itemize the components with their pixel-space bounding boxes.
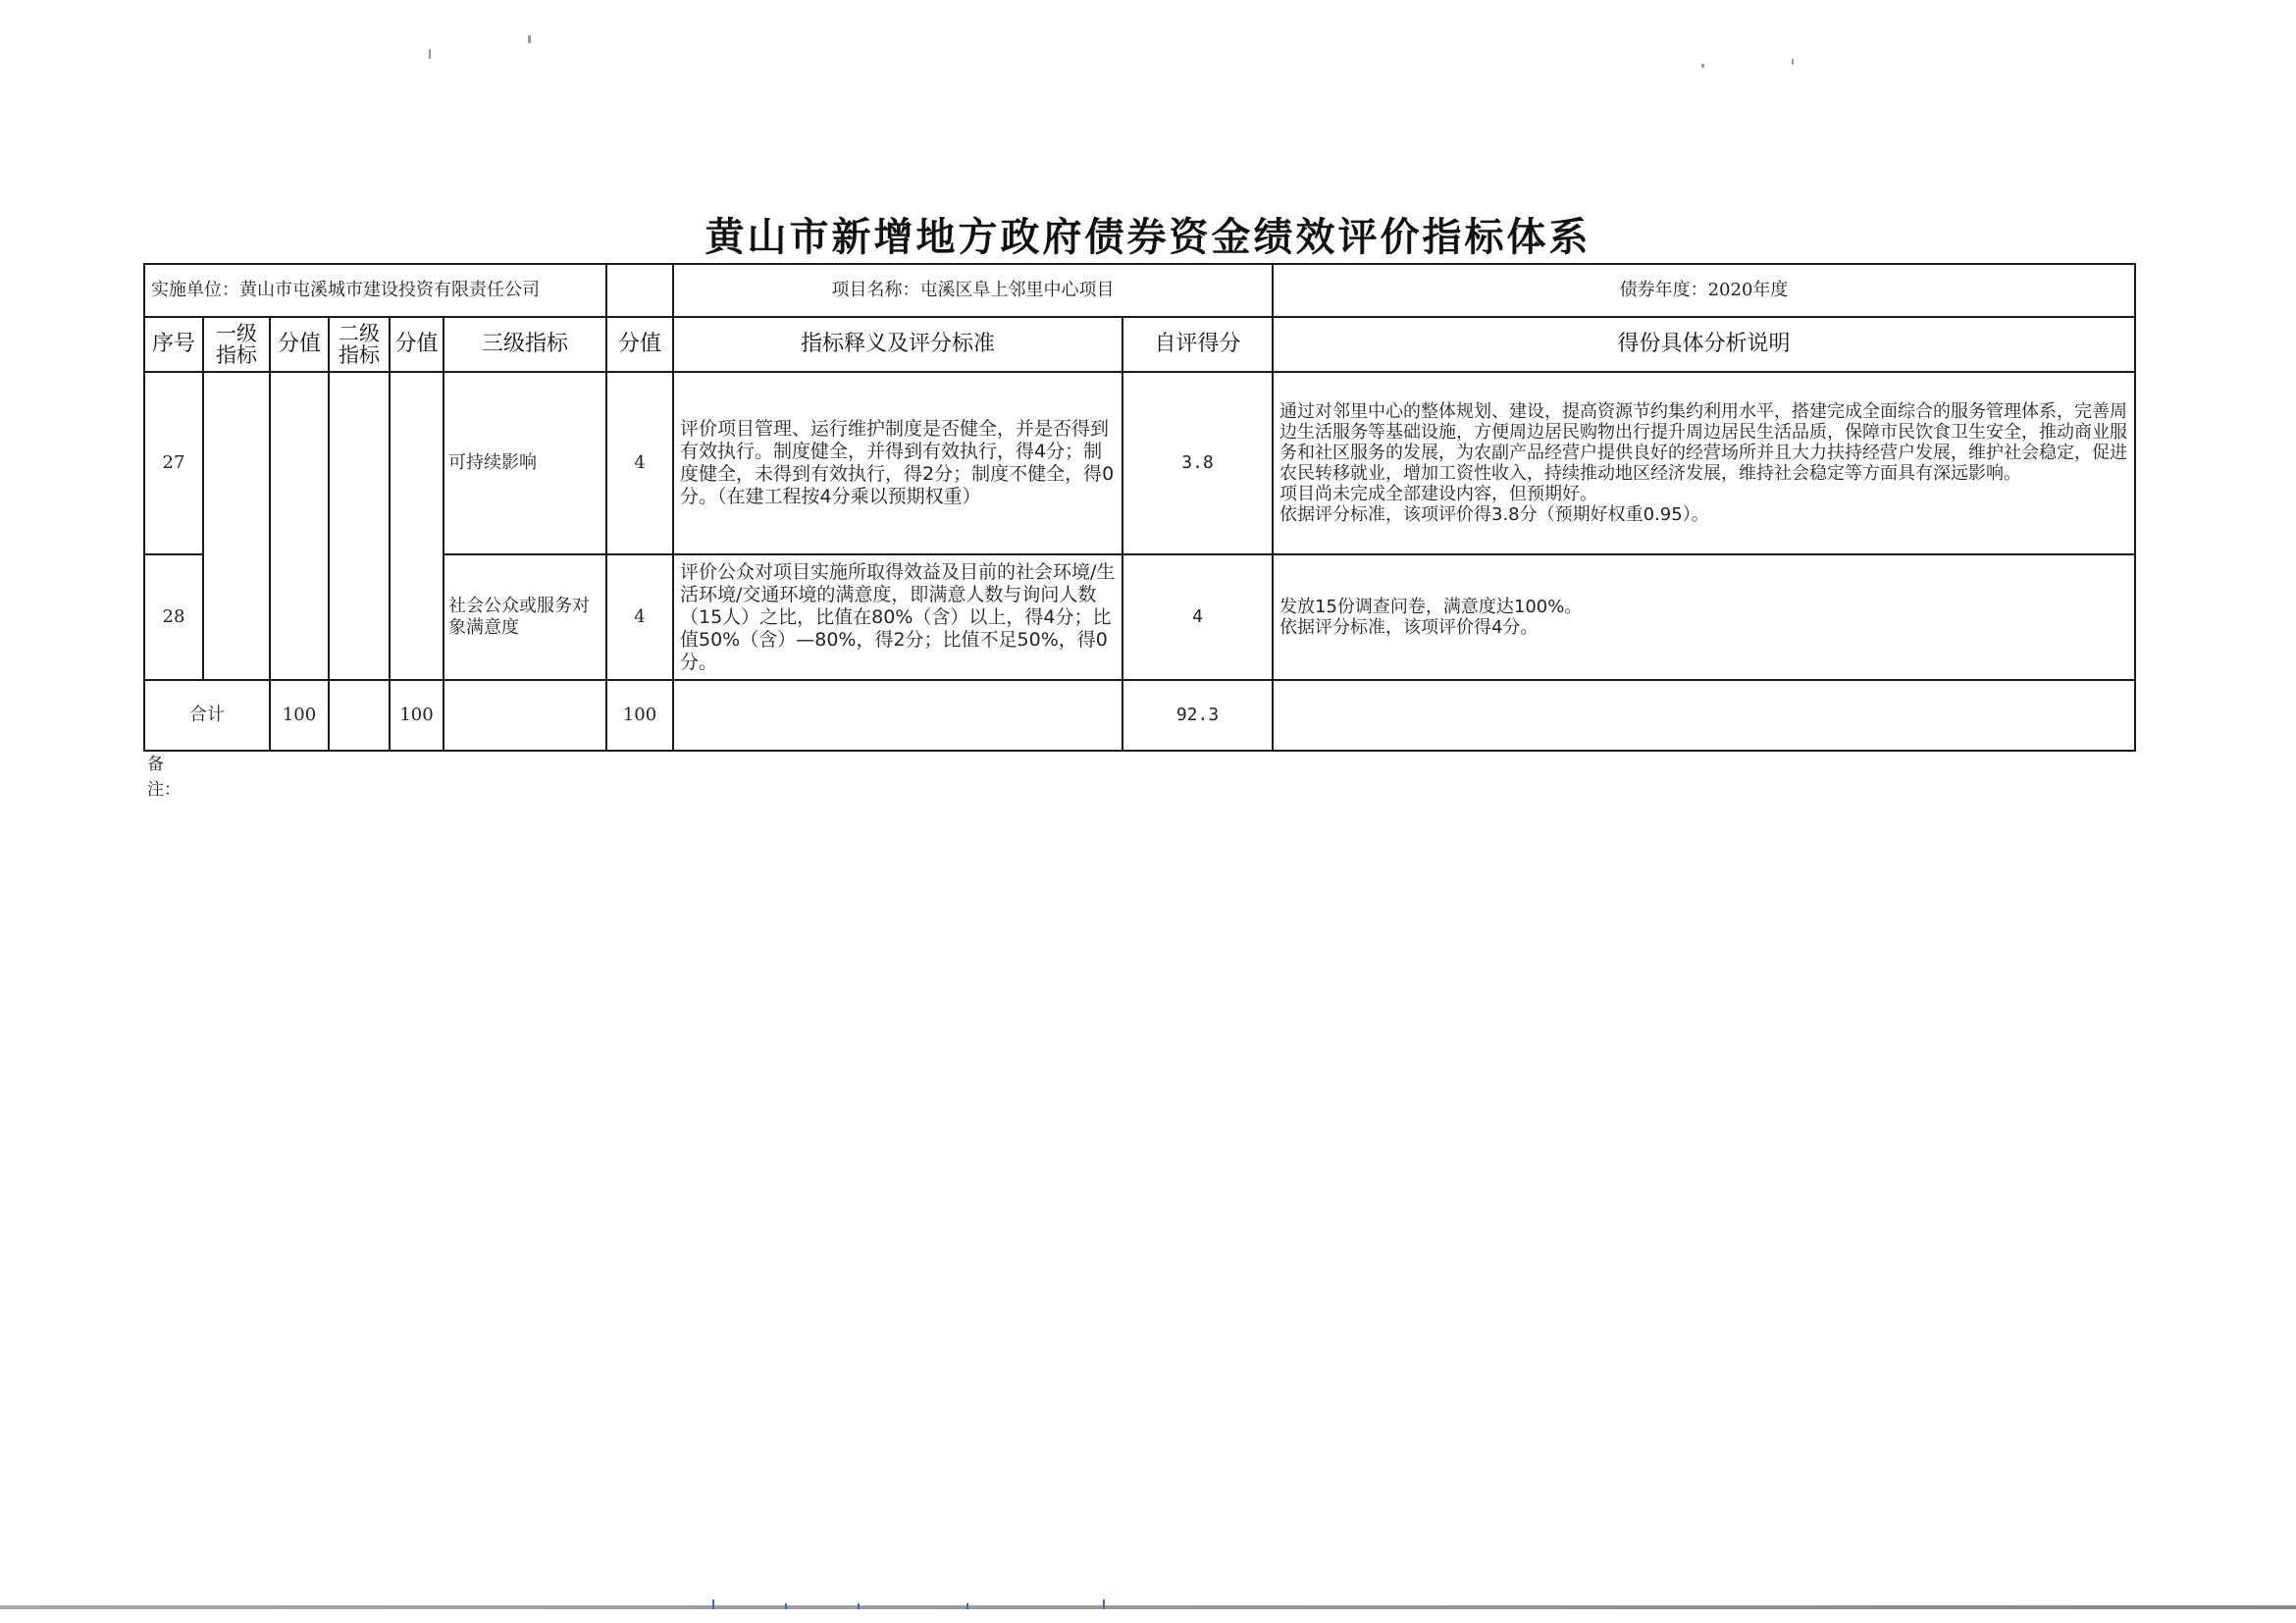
row-seq: 27 xyxy=(144,372,203,554)
scan-speck xyxy=(785,1603,787,1609)
total-self-score: 92.3 xyxy=(1122,680,1273,751)
row-level3: 可持续影响 xyxy=(444,372,606,554)
total-criteria-empty xyxy=(673,680,1122,751)
row-level2-merged xyxy=(329,372,390,680)
remark-label: 备注： xyxy=(147,752,177,803)
header-level3: 三级指标 xyxy=(444,317,606,372)
header-criteria: 指标释义及评分标准 xyxy=(673,317,1122,372)
row-score1-merged xyxy=(270,372,329,680)
table-row: 27 可持续影响 4 评价项目管理、运行维护制度是否健全，并是否得到有效执行。制… xyxy=(144,372,2135,554)
scan-speck xyxy=(1792,59,1794,65)
header-level2-line1: 二级 xyxy=(330,323,389,344)
header-level1: 一级 指标 xyxy=(203,317,270,372)
analysis-line: 通过对邻里中心的整体规划、建设，提高资源节约集约利用水平，搭建完成全面综合的服务… xyxy=(1279,401,2128,484)
total-row: 合计 100 100 100 92.3 xyxy=(144,680,2135,751)
total-label: 合计 xyxy=(144,680,270,751)
implementing-unit: 实施单位：黄山市屯溪城市建设投资有限责任公司 xyxy=(144,264,606,317)
total-score1: 100 xyxy=(270,680,329,751)
evaluation-table: 实施单位：黄山市屯溪城市建设投资有限责任公司 项目名称：屯溪区阜上邻里中心项目 … xyxy=(143,263,2136,752)
scan-speck xyxy=(429,49,431,59)
page-title: 黄山市新增地方政府债券资金绩效评价指标体系 xyxy=(0,206,2296,262)
analysis-line: 发放15份调查问卷，满意度达100%。 xyxy=(1279,597,2128,617)
header-score2: 分值 xyxy=(390,317,444,372)
header-self-score: 自评得分 xyxy=(1122,317,1273,372)
row-criteria: 评价项目管理、运行维护制度是否健全，并是否得到有效执行。制度健全，并得到有效执行… xyxy=(673,372,1122,554)
row-analysis: 发放15份调查问卷，满意度达100%。 依据评分标准，该项评价得4分。 xyxy=(1273,554,2135,680)
bond-year: 债券年度：2020年度 xyxy=(1273,264,2135,317)
scan-speck xyxy=(1103,1599,1105,1609)
scan-speck xyxy=(712,1599,714,1609)
scan-speck xyxy=(858,1603,860,1609)
row-self-score: 4 xyxy=(1122,554,1273,680)
header-score1: 分值 xyxy=(270,317,329,372)
header-analysis: 得份具体分析说明 xyxy=(1273,317,2135,372)
info-row: 实施单位：黄山市屯溪城市建设投资有限责任公司 项目名称：屯溪区阜上邻里中心项目 … xyxy=(144,264,2135,317)
analysis-line: 依据评分标准，该项评价得4分。 xyxy=(1279,617,2128,638)
header-seq: 序号 xyxy=(144,317,203,372)
header-level1-line2: 指标 xyxy=(204,344,269,366)
row-level3: 社会公众或服务对象满意度 xyxy=(444,554,606,680)
header-score3: 分值 xyxy=(606,317,673,372)
row-self-score: 3.8 xyxy=(1122,372,1273,554)
project-name: 项目名称：屯溪区阜上邻里中心项目 xyxy=(673,264,1273,317)
row-criteria: 评价公众对项目实施所取得效益及目前的社会环境/生活环境/交通环境的满意度，即满意… xyxy=(673,554,1122,680)
scan-edge-line xyxy=(0,1605,2296,1609)
row-score2-merged xyxy=(390,372,444,680)
table-row: 28 社会公众或服务对象满意度 4 评价公众对项目实施所取得效益及目前的社会环境… xyxy=(144,554,2135,680)
scan-speck xyxy=(966,1603,968,1609)
row-analysis: 通过对邻里中心的整体规划、建设，提高资源节约集约利用水平，搭建完成全面综合的服务… xyxy=(1273,372,2135,554)
info-empty-cell xyxy=(606,264,673,317)
total-level3-empty xyxy=(444,680,606,751)
row-level1-merged xyxy=(203,372,270,680)
total-analysis-empty xyxy=(1273,680,2135,751)
row-seq: 28 xyxy=(144,554,203,680)
total-level2-empty xyxy=(329,680,390,751)
scan-speck xyxy=(528,35,531,43)
row-score: 4 xyxy=(606,554,673,680)
header-level2-line2: 指标 xyxy=(330,344,389,366)
total-score3: 100 xyxy=(606,680,673,751)
header-level2: 二级 指标 xyxy=(329,317,390,372)
analysis-line: 依据评分标准，该项评价得3.8分（预期好权重0.95）。 xyxy=(1279,504,2128,525)
scan-speck xyxy=(1701,64,1704,68)
header-level1-line1: 一级 xyxy=(204,323,269,344)
row-score: 4 xyxy=(606,372,673,554)
analysis-line: 项目尚未完成全部建设内容，但预期好。 xyxy=(1279,484,2128,504)
total-score2: 100 xyxy=(390,680,444,751)
header-row: 序号 一级 指标 分值 二级 指标 分值 三级指标 分值 指标释义及评分标准 自… xyxy=(144,317,2135,372)
